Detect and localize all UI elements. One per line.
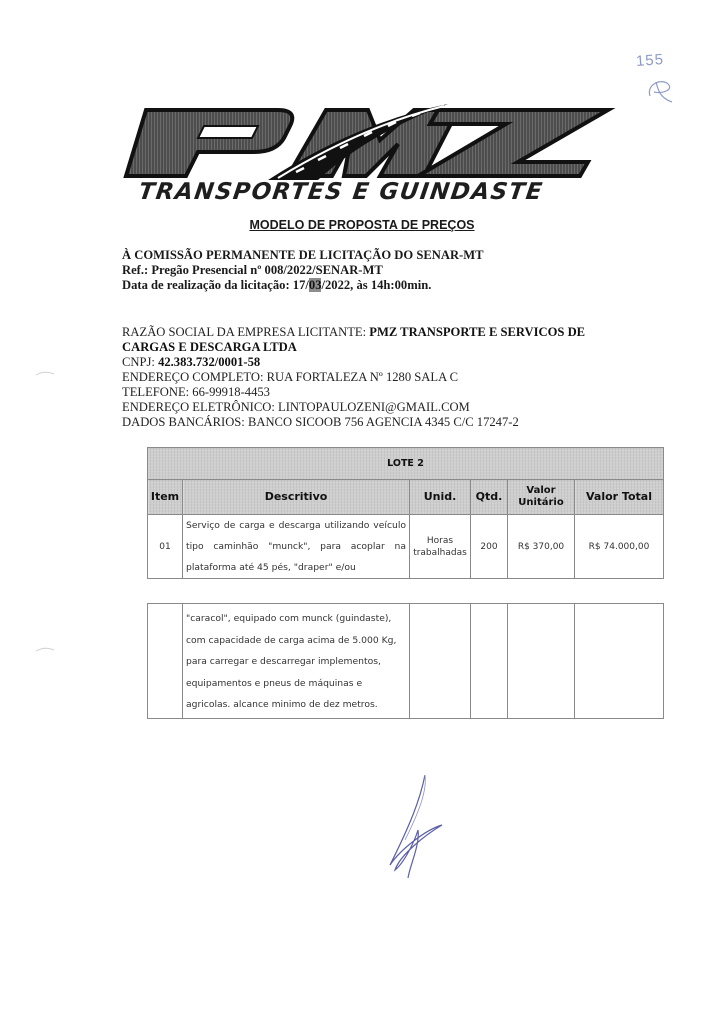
logo-tagline: TRANSPORTES E GUINDASTE [119,179,563,205]
scan-mark-icon [34,646,56,652]
cell-descritivo: Serviço de carga e descarga utilizando v… [183,515,410,579]
header-valor-unitario: Valor Unitário [508,480,575,515]
telefone: TELEFONE: 66-99918-4453 [122,385,642,400]
header-valor-total: Valor Total [575,480,664,515]
razao-social-cont: CARGAS E DESCARGA LTDA [122,340,297,354]
email: ENDEREÇO ELETRÔNICO: LINTOPAULOZENI@GMAI… [122,400,642,415]
header-qtd: Qtd. [471,480,508,515]
table-row: 01 Serviço de carga e descarga utilizand… [148,515,664,579]
cell-valor-unitario: R$ 370,00 [508,515,575,579]
cell-descritivo-cont: "caracol", equipado com munck (guindaste… [183,604,410,719]
addressee: À COMISSÃO PERMANENTE DE LICITAÇÃO DO SE… [122,248,484,263]
company-info: RAZÃO SOCIAL DA EMPRESA LICITANTE: PMZ T… [122,325,642,430]
header-block: À COMISSÃO PERMANENTE DE LICITAÇÃO DO SE… [122,248,484,293]
initials-mark-icon [644,76,680,106]
scan-mark-icon [34,370,56,376]
table-row: "caracol", equipado com munck (guindaste… [148,604,664,719]
pmz-logo [118,92,618,188]
cell-qtd: 200 [471,515,508,579]
price-table: LOTE 2 Item Descritivo Unid. Qtd. Valor … [147,447,664,579]
header-unid: Unid. [410,480,471,515]
header-item: Item [148,480,183,515]
header-descritivo: Descritivo [183,480,410,515]
signature-icon [380,770,450,880]
cell-valor-total: R$ 74.000,00 [575,515,664,579]
document-title: MODELO DE PROPOSTA DE PREÇOS [0,218,724,232]
date-highlight: 03 [309,278,322,292]
cnpj: CNPJ: 42.383.732/0001-58 [122,355,642,370]
cell-unid: Horas trabalhadas [410,515,471,579]
page-number-stamp: 155 [635,51,664,70]
razao-social: RAZÃO SOCIAL DA EMPRESA LICITANTE: PMZ T… [122,325,642,340]
price-table-continuation: "caracol", equipado com munck (guindaste… [147,603,664,719]
dados-bancarios: DADOS BANCÁRIOS: BANCO SICOOB 756 AGENCI… [122,415,642,430]
bid-date: Data de realização da licitação: 17/03/2… [122,278,484,293]
endereco: ENDEREÇO COMPLETO: RUA FORTALEZA Nº 1280… [122,370,642,385]
lote-title: LOTE 2 [148,448,664,480]
reference: Ref.: Pregão Presencial nº 008/2022/SENA… [122,263,484,278]
cell-item: 01 [148,515,183,579]
